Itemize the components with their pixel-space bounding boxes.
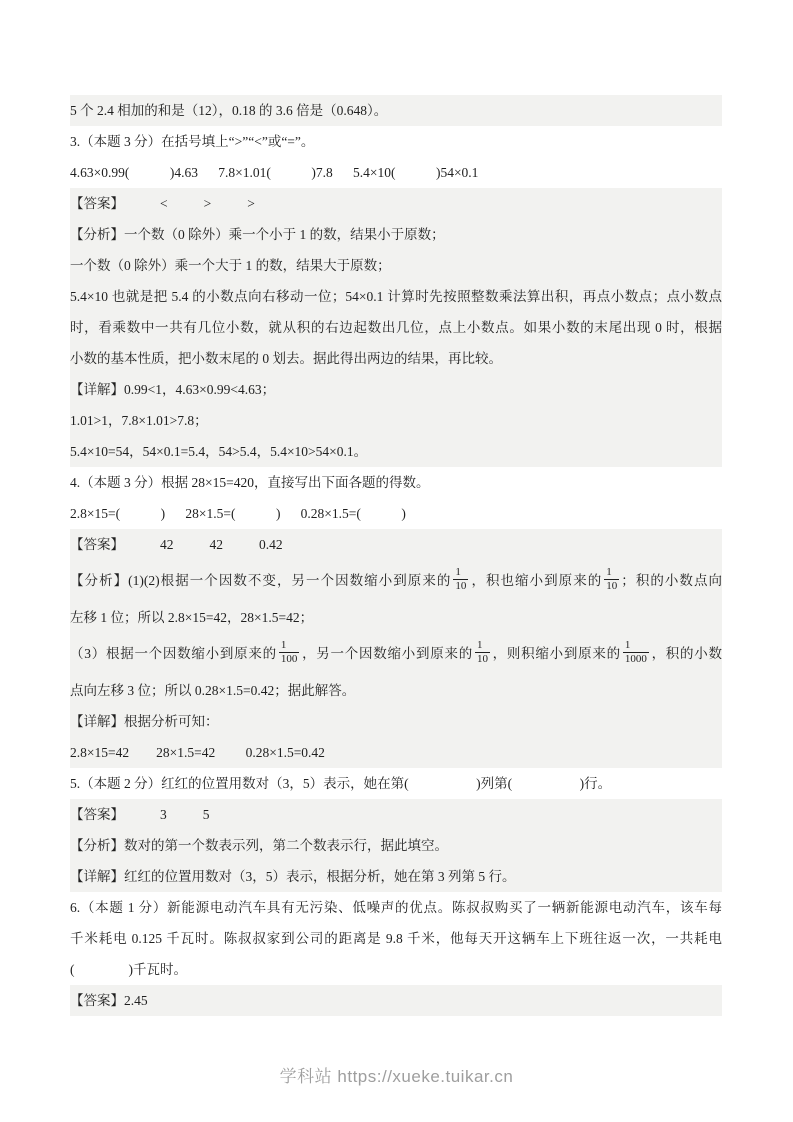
q3-detail-line: 5.4×10=54，54×0.1=5.4，54>5.4，5.4×10>54×0.… [70,436,722,467]
answer-label: 【答案】 [70,196,124,211]
q4-detail-line: 2.8×15=42 28×1.5=42 0.28×1.5=0.42 [70,737,722,768]
answer-value: 0.42 [259,537,283,552]
q4-answer-row: 【答案】42420.42 [70,529,722,560]
q4-blanks: 2.8×15=( ) 28×1.5=( ) 0.28×1.5=( ) [70,498,722,529]
fraction: 110 [604,566,619,595]
q3-detail-line: 1.01>1，7.8×1.01>7.8； [70,405,722,436]
q3-question-group: 3.（本题 3 分）在括号填上“>”“<”或“=”。 4.63×0.99( )4… [70,126,722,188]
q6-question-group: 6.（本题 1 分）新能源电动汽车具有无污染、低噪声的优点。陈叔叔购买了一辆新能… [70,892,722,985]
answer-value: 42 [160,537,174,552]
q3-analysis-line: 【分析】一个数（0 除外）乘一个小于 1 的数，结果小于原数； [70,219,722,250]
q4-question-group: 4.（本题 3 分）根据 28×15=420，直接写出下面各题的得数。 2.8×… [70,467,722,529]
analysis-text: （3）根据一个因数缩小到原来的 [70,646,277,661]
fraction: 110 [475,639,490,668]
answer-value: 3 [160,807,167,822]
fraction: 110 [453,566,468,595]
q6-stem-line: 千米耗电 0.125 千瓦时。陈叔叔家到公司的距离是 9.8 千米，他每天开这辆… [70,923,722,954]
q5-detail-line: 【详解】红红的位置用数对（3，5）表示，根据分析，她在第 3 列第 5 行。 [70,861,722,892]
answer-value: > [204,196,212,211]
analysis-text: ，积的小数 [651,646,722,661]
q5-analysis-line: 【分析】数对的第一个数表示列，第二个数表示行，据此填空。 [70,830,722,861]
q3-blanks: 4.63×0.99( )4.63 7.8×1.01( )7.8 5.4×10( … [70,157,722,188]
q6-answer-block: 【答案】2.45 [70,985,722,1016]
q6-stem-line: ( )千瓦时。 [70,954,722,985]
q6-answer-line: 【答案】2.45 [70,985,722,1016]
analysis-text: ，另一个因数缩小到原来的 [301,646,473,661]
q4-stem: 4.（本题 3 分）根据 28×15=420，直接写出下面各题的得数。 [70,467,722,498]
answer-value: < [160,196,168,211]
analysis-text: ，积也缩小到原来的 [470,573,602,588]
q4-analysis-line: （3）根据一个因数缩小到原来的1100，另一个因数缩小到原来的110，则积缩小到… [70,633,722,675]
document-page: 5 个 2.4 相加的和是（12），0.18 的 3.6 倍是（0.648）。 … [0,0,793,1122]
answer-label: 【答案】 [70,537,124,552]
fraction: 1100 [279,639,300,668]
document-content: 5 个 2.4 相加的和是（12），0.18 的 3.6 倍是（0.648）。 … [70,95,722,1016]
analysis-text: ，则积缩小到原来的 [492,646,621,661]
q4-analysis-line: 点向左移 3 位；所以 0.28×1.5=0.42；据此解答。 [70,675,722,706]
footer-watermark: 学科站 https://xueke.tuikar.cn [0,1062,793,1087]
analysis-text: 【分析】(1)(2)根据一个因数不变，另一个因数缩小到原来的 [70,573,451,588]
analysis-text: ；积的小数点向 [621,573,722,588]
q5-answer-row: 【答案】35 [70,799,722,830]
q3-answer-block: 【答案】<>> 【分析】一个数（0 除外）乘一个小于 1 的数，结果小于原数； … [70,188,722,467]
q3-stem: 3.（本题 3 分）在括号填上“>”“<”或“=”。 [70,126,722,157]
answer-value: 42 [210,537,224,552]
q4-answer-block: 【答案】42420.42 【分析】(1)(2)根据一个因数不变，另一个因数缩小到… [70,529,722,768]
q5-stem: 5.（本题 2 分）红红的位置用数对（3，5）表示，她在第( )列第( )行。 [70,768,722,799]
q3-analysis-line: 时，看乘数中一共有几位小数，就从积的右边起数出几位，点上小数点。如果小数的末尾出… [70,312,722,343]
q4-analysis-line: 左移 1 位；所以 2.8×15=42，28×1.5=42； [70,602,722,633]
q4-analysis-line: 【分析】(1)(2)根据一个因数不变，另一个因数缩小到原来的110，积也缩小到原… [70,560,722,602]
q4-detail-line: 【详解】根据分析可知： [70,706,722,737]
fraction: 11000 [623,639,649,668]
answer-label: 【答案】 [70,807,124,822]
answer-value: > [247,196,255,211]
q3-analysis-line: 一个数（0 除外）乘一个大于 1 的数，结果大于原数； [70,250,722,281]
q2-answer-block: 5 个 2.4 相加的和是（12），0.18 的 3.6 倍是（0.648）。 [70,95,722,126]
q3-analysis-line: 小数的基本性质，把小数末尾的 0 划去。据此得出两边的结果，再比较。 [70,343,722,374]
q5-answer-block: 【答案】35 【分析】数对的第一个数表示列，第二个数表示行，据此填空。 【详解】… [70,799,722,892]
q5-question-group: 5.（本题 2 分）红红的位置用数对（3，5）表示，她在第( )列第( )行。 [70,768,722,799]
q6-stem-line: 6.（本题 1 分）新能源电动汽车具有无污染、低噪声的优点。陈叔叔购买了一辆新能… [70,892,722,923]
q3-analysis-line: 5.4×10 也就是把 5.4 的小数点向右移动一位；54×0.1 计算时先按照… [70,281,722,312]
q3-answer-row: 【答案】<>> [70,188,722,219]
q3-detail-line: 【详解】0.99<1，4.63×0.99<4.63； [70,374,722,405]
answer-value: 5 [203,807,210,822]
q2-answer-tail: 5 个 2.4 相加的和是（12），0.18 的 3.6 倍是（0.648）。 [70,95,722,126]
